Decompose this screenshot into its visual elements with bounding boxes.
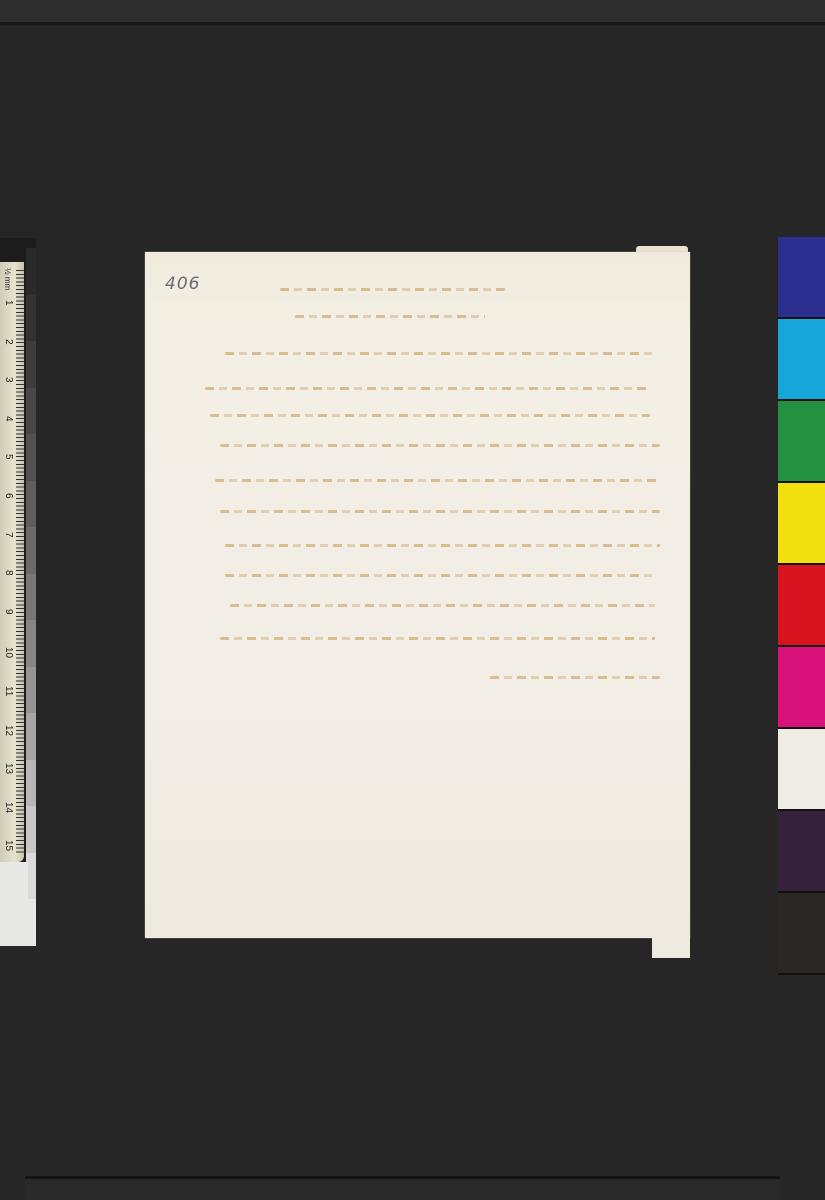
swatch-purple xyxy=(778,811,825,893)
swatch-blue xyxy=(778,237,825,319)
gray-patch xyxy=(26,434,36,481)
folio-number: 406 xyxy=(165,274,200,294)
ruler-label: 1 xyxy=(3,300,14,306)
ruler-label: 12 xyxy=(3,725,14,736)
color-calibration-chart xyxy=(778,237,825,975)
gray-patch xyxy=(26,295,36,342)
bleed-through-line xyxy=(220,444,660,447)
ruler-label: 15 xyxy=(3,840,14,851)
ruler-unit-label: ½ mm xyxy=(3,268,12,290)
gray-patch xyxy=(26,713,36,760)
top-mount-strip xyxy=(0,0,825,25)
gray-patch xyxy=(26,248,36,295)
ruler-base xyxy=(0,862,28,946)
ruler-ticks xyxy=(16,270,24,855)
swatch-white xyxy=(778,729,825,811)
ruler-label: 4 xyxy=(3,416,14,422)
ruler-label: 8 xyxy=(3,570,14,576)
ruler-label: 2 xyxy=(3,339,14,345)
gray-patch xyxy=(26,760,36,807)
ruler-label: 11 xyxy=(3,686,14,696)
bleed-through-line xyxy=(215,479,660,482)
page-torn-tab xyxy=(652,938,690,958)
manuscript-page: 406 xyxy=(145,252,690,938)
swatch-yellow xyxy=(778,483,825,565)
swatch-black xyxy=(778,893,825,975)
swatch-cyan xyxy=(778,319,825,401)
swatch-red xyxy=(778,565,825,647)
gray-patch xyxy=(26,667,36,714)
ruler-label: 5 xyxy=(3,454,14,460)
ruler-label: 6 xyxy=(3,493,14,499)
ruler-label: 10 xyxy=(3,647,14,658)
bleed-through-line xyxy=(210,414,650,417)
swatch-magenta xyxy=(778,647,825,729)
bleed-through-line xyxy=(220,510,660,513)
swatch-green xyxy=(778,401,825,483)
bleed-through-line xyxy=(230,604,655,607)
ruler-label: 7 xyxy=(3,532,14,538)
bleed-through-line xyxy=(225,352,655,355)
bleed-through-line xyxy=(220,637,655,640)
gray-patch xyxy=(26,388,36,435)
ruler-label: 13 xyxy=(3,763,14,774)
bleed-through-line xyxy=(280,288,505,291)
bleed-through-line xyxy=(490,676,660,679)
ruler-label: 3 xyxy=(3,377,14,383)
gray-patch xyxy=(26,806,36,853)
gray-patch xyxy=(26,481,36,528)
scale-ruler: ½ mm 123456789101112131415 xyxy=(0,238,36,946)
ruler-body: ½ mm 123456789101112131415 xyxy=(0,262,24,862)
gray-patch xyxy=(26,620,36,667)
ruler-label: 14 xyxy=(3,802,14,813)
gray-patch xyxy=(26,341,36,388)
ruler-label: 9 xyxy=(3,609,14,615)
gray-patch xyxy=(26,527,36,574)
bottom-mount-strip xyxy=(25,1176,780,1200)
bleed-through-line xyxy=(205,387,650,390)
bleed-through-line xyxy=(225,574,655,577)
gray-patch xyxy=(26,574,36,621)
grayscale-strip xyxy=(26,248,36,946)
bleed-through-line xyxy=(295,315,485,318)
bleed-through-line xyxy=(225,544,660,547)
